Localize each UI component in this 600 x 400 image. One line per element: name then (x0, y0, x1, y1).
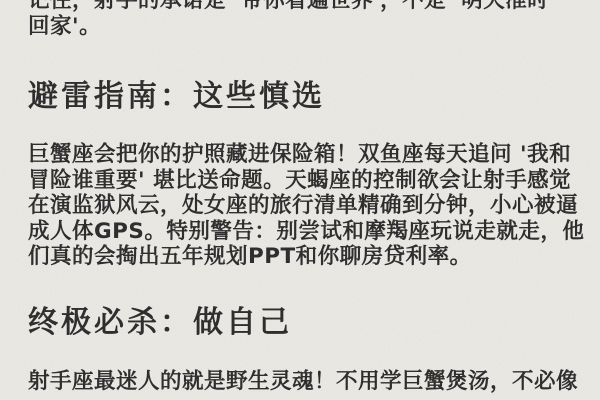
section-heading-avoid-pitfalls: 避雷指南：这些慎选 (28, 79, 572, 115)
be-yourself-paragraph: 射手座最迷人的就是野生灵魂！不用学巨蟹煲汤，不必像 (28, 369, 572, 395)
article-card: 记住，射手的承诺是 '带你看遍世界'，不是 '明天准时 回家'。 避雷指南：这些… (0, 0, 600, 400)
paragraph-line: 成人体GPS。特别警告：别尝试和摩羯座玩说走就走，他 (28, 219, 572, 245)
paragraph-line: 冒险谁重要' 堪比送命题。天蝎座的控制欲会让射手感觉 (28, 168, 572, 194)
article-content: 记住，射手的承诺是 '带你看遍世界'，不是 '明天准时 回家'。 避雷指南：这些… (0, 0, 600, 394)
avoid-pitfalls-paragraph: 巨蟹座会把你的护照藏进保险箱！双鱼座每天追问 '我和 冒险谁重要' 堪比送命题。… (28, 142, 572, 270)
intro-line: 回家'。 (28, 14, 572, 40)
section-heading-be-yourself: 终极必杀：做自己 (28, 305, 572, 341)
paragraph-line: 在演监狱风云，处女座的旅行清单精确到分钟，小心被逼 (28, 193, 572, 219)
intro-line: 记住，射手的承诺是 '带你看遍世界'，不是 '明天准时 (28, 0, 572, 14)
paragraph-line: 们真的会掏出五年规划PPT和你聊房贷利率。 (28, 244, 572, 270)
paragraph-line: 巨蟹座会把你的护照藏进保险箱！双鱼座每天追问 '我和 (28, 142, 572, 168)
intro-paragraph: 记住，射手的承诺是 '带你看遍世界'，不是 '明天准时 回家'。 (28, 0, 572, 39)
paragraph-line: 射手座最迷人的就是野生灵魂！不用学巨蟹煲汤，不必像 (28, 369, 572, 395)
